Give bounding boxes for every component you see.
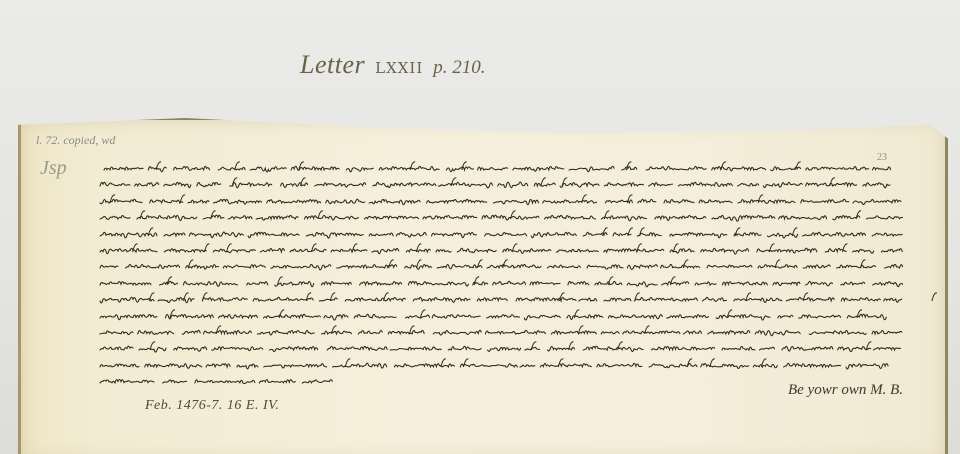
handwritten-body xyxy=(100,160,920,389)
margin-monogram: Jsp xyxy=(40,157,67,180)
heading-letter-label: Letter xyxy=(300,50,365,80)
handwritten-line xyxy=(100,275,920,291)
heading-page-reference: p. 210. xyxy=(433,57,485,79)
signature: Be yowr own M. B. xyxy=(788,382,903,399)
handwritten-line xyxy=(100,308,920,324)
handwritten-line xyxy=(100,357,920,373)
handwritten-line xyxy=(100,176,920,192)
handwritten-line xyxy=(100,242,920,258)
handwritten-line xyxy=(100,340,920,356)
handwritten-line xyxy=(100,324,920,340)
handwritten-line xyxy=(100,258,920,274)
date-note: Feb. 1476-7. 16 E. IV. xyxy=(145,398,279,414)
handwritten-line xyxy=(100,209,920,225)
handwritten-line xyxy=(100,291,920,307)
margin-note: l. 72. copied, wd xyxy=(36,133,115,148)
handwritten-line xyxy=(100,226,920,242)
handwritten-line xyxy=(100,193,920,209)
heading-letter-number: LXXII xyxy=(375,59,423,77)
document-heading: Letter LXXII p. 210. xyxy=(300,50,486,80)
handwritten-line xyxy=(100,160,920,176)
